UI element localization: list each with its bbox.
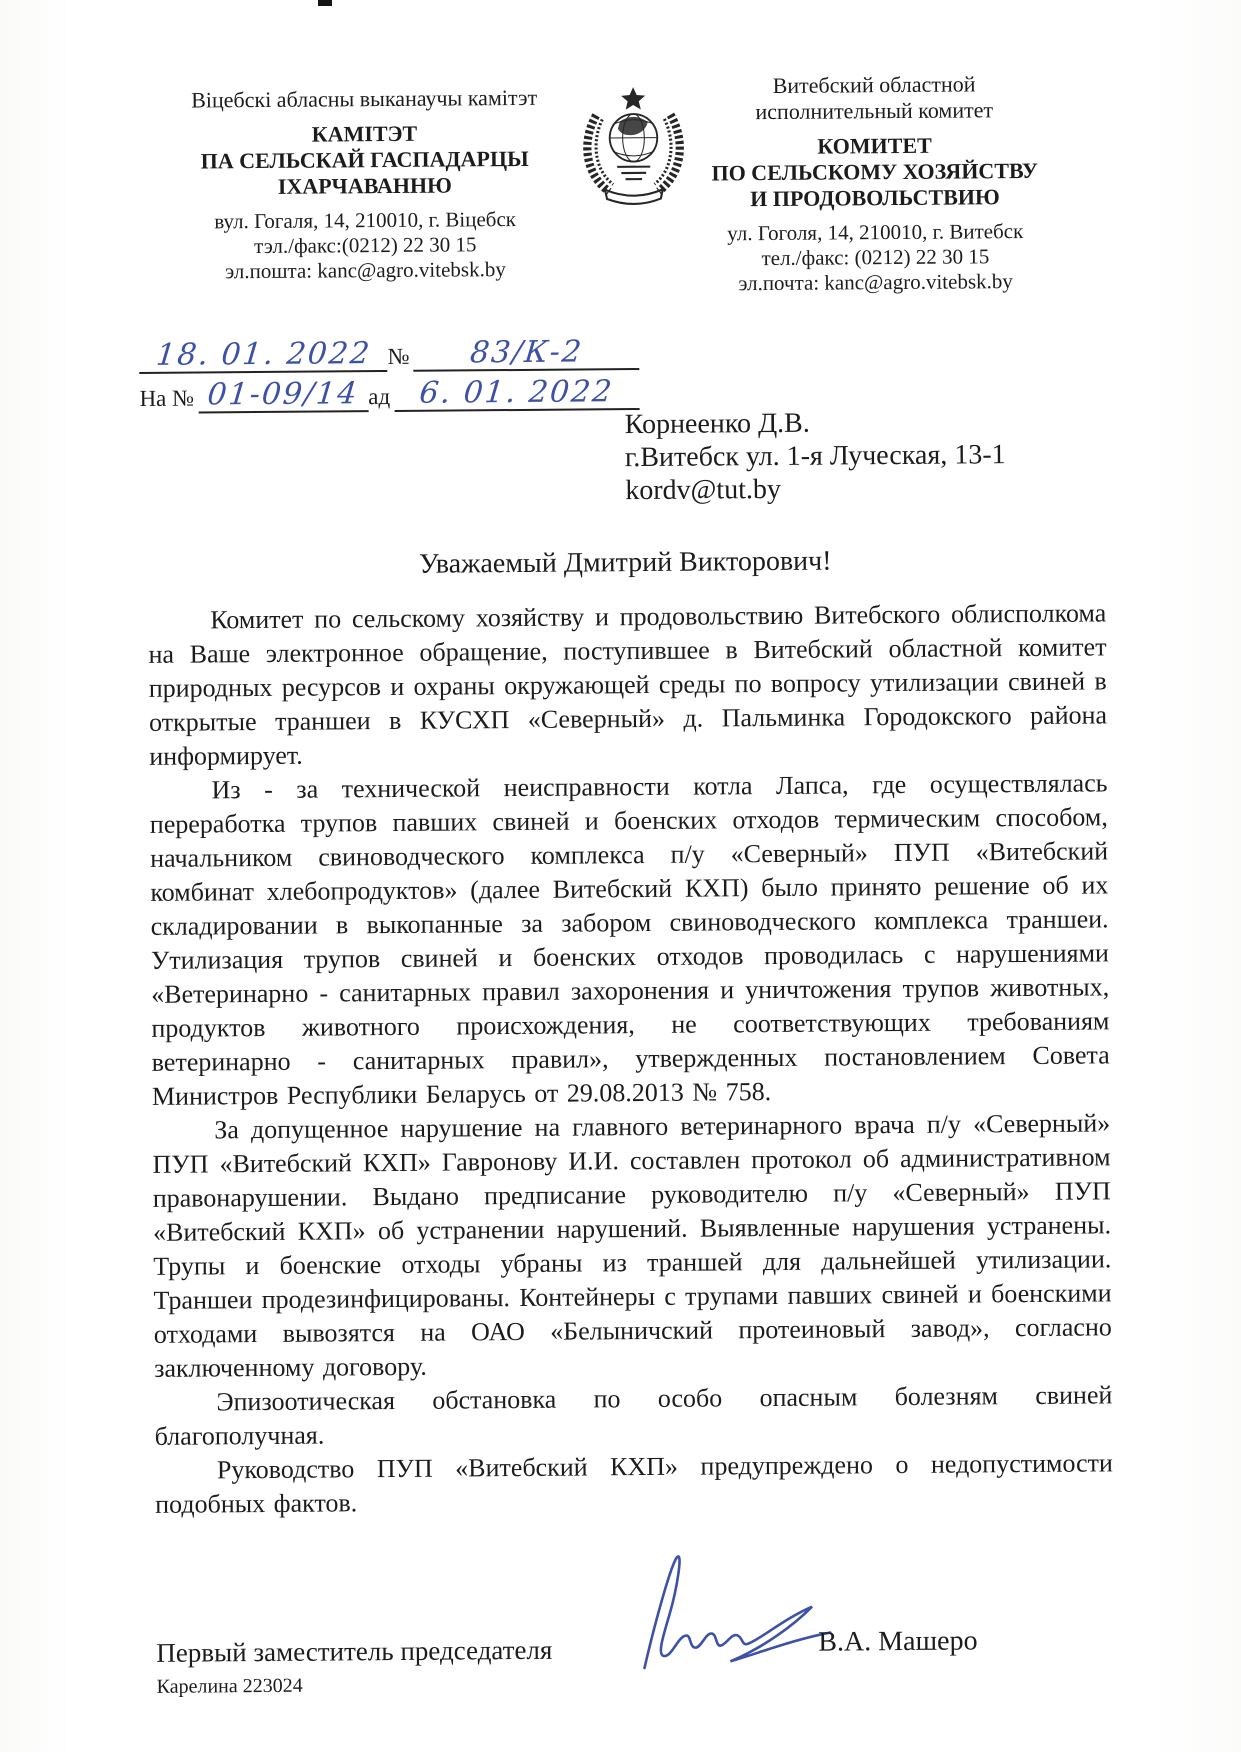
registration-block: 18. 01. 2022 № 83/К-2 На № 01-09/14 ад 6… bbox=[139, 330, 640, 414]
committee-name-ru-line3: И ПРОДОВОЛЬСТВИЮ bbox=[650, 183, 1100, 213]
number-sign-label: № bbox=[387, 344, 413, 372]
committee-name-by-line3: ІХАРЧАВАННЮ bbox=[145, 171, 585, 200]
org-name-ru: Витебский областной исполнительный комит… bbox=[694, 71, 1054, 126]
addressee-address: г.Витебск ул. 1-я Луческая, 13-1 bbox=[625, 438, 1006, 474]
letterhead-left: Віцебскі абласны выканаучы камітэт КАМІТ… bbox=[144, 84, 586, 284]
address-ru: ул. Гоголя, 14, 210010, г. Витебск bbox=[650, 218, 1100, 247]
signer-name: В.А. Машеро bbox=[818, 1625, 977, 1658]
committee-name-by-line1: КАМІТЭТ bbox=[144, 119, 584, 148]
body-paragraph-5: Руководство ПУП «Витебский КХП» предупре… bbox=[155, 1446, 1114, 1522]
phone-ru: тел./факс: (0212) 22 30 15 bbox=[650, 243, 1100, 272]
email-ru: эл.почта: kanc@agro.vitebsk.by bbox=[651, 268, 1101, 297]
letter-body: Комитет по сельскому хозяйству и продово… bbox=[148, 596, 1113, 1521]
dated-label: ад bbox=[368, 384, 394, 412]
committee-name-ru-line1: КОМИТЕТ bbox=[649, 131, 1099, 161]
scanned-letter-page: Віцебскі абласны выканаучы камітэт КАМІТ… bbox=[0, 0, 1241, 1752]
body-paragraph-1: Комитет по сельскому хозяйству и продово… bbox=[148, 596, 1107, 774]
address-by: вул. Гогаля, 14, 210010, г. Віцебск bbox=[145, 206, 585, 234]
addressee-email: kordv@tut.by bbox=[625, 471, 1006, 507]
phone-by: тэл./факс:(0212) 22 30 15 bbox=[145, 231, 585, 259]
committee-name-ru-line2: ПО СЕЛЬСКОМУ ХОЗЯЙСТВУ bbox=[650, 157, 1100, 187]
committee-name-by-line2: ПА СЕЛЬСКАЙ ГАСПАДАРЦЫ bbox=[145, 145, 585, 174]
email-by: эл.пошта: kanc@agro.vitebsk.by bbox=[145, 256, 585, 284]
incoming-date-handwritten: 6. 01. 2022 bbox=[418, 377, 615, 410]
salutation: Уважаемый Дмитрий Викторович! bbox=[148, 543, 1103, 582]
letterhead-right: Витебский областной исполнительный комит… bbox=[649, 70, 1101, 297]
outgoing-number-handwritten: 83/К-2 bbox=[468, 337, 584, 369]
in-reply-to-label: На № bbox=[139, 385, 198, 413]
outgoing-reference-line: 18. 01. 2022 № 83/К-2 bbox=[139, 330, 639, 374]
body-paragraph-3: За допущенное нарушение на главного вете… bbox=[152, 1106, 1112, 1386]
signer-position: Первый заместитель председателя bbox=[156, 1635, 552, 1669]
org-name-by: Віцебскі абласны выканаучы камітэт bbox=[184, 85, 544, 114]
body-paragraph-2: Из - за технической неисправности котла … bbox=[149, 766, 1110, 1114]
executor-info: Карелина 223024 bbox=[157, 1675, 303, 1699]
incoming-number-handwritten: 01-09/14 bbox=[206, 379, 360, 411]
handwritten-signature bbox=[614, 1546, 845, 1680]
addressee-block: Корнеенко Д.В. г.Витебск ул. 1-я Луческа… bbox=[625, 405, 1006, 507]
incoming-reference-line: На № 01-09/14 ад 6. 01. 2022 bbox=[139, 370, 639, 414]
body-paragraph-4: Эпизоотическая обстановка по особо опасн… bbox=[154, 1378, 1113, 1454]
letter-content: Віцебскі абласны выканаучы камітэт КАМІТ… bbox=[0, 0, 1241, 1752]
outgoing-date-handwritten: 18. 01. 2022 bbox=[154, 339, 372, 372]
addressee-name: Корнеенко Д.В. bbox=[625, 405, 1006, 441]
